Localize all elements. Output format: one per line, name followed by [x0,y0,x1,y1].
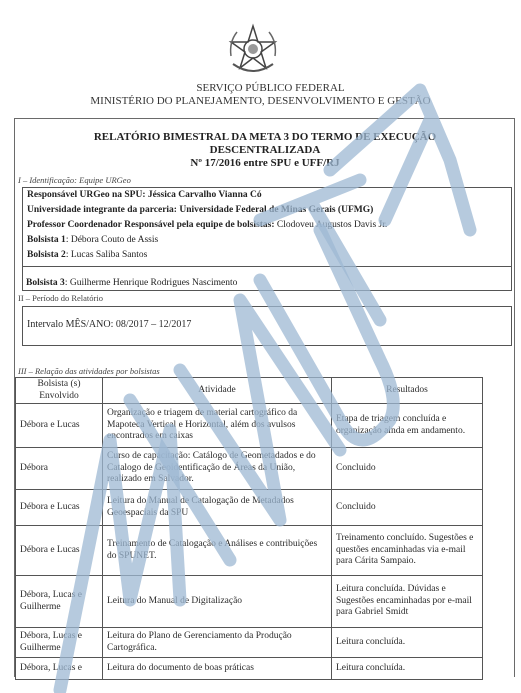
table-header-row: Bolsista (s) Envolvido Atividade Resulta… [16,378,483,404]
title-line-3: Nº 17/2016 entre SPU e UFF/RJ [20,157,510,170]
section-1-label: I – Identificação: Equipe URGeo [18,175,131,185]
table-row: Débora e Lucas Leitura do Manual de Cata… [16,490,483,526]
ident-line-bolsista-1: Bolsista 1: Débora Couto de Assis [27,235,158,245]
title-line-2: DESCENTRALIZADA [20,144,510,157]
col-header-bolsista: Bolsista (s) Envolvido [16,378,103,404]
ident-line-responsavel: Responsável URGeo na SPU: Jéssica Carval… [27,190,262,200]
activities-table: Bolsista (s) Envolvido Atividade Resulta… [15,377,483,680]
col-header-resultados: Resultados [332,378,483,404]
report-title: RELATÓRIO BIMESTRAL DA META 3 DO TERMO D… [20,131,510,170]
table-row: Débora e Lucas Treinamento de Catalogaçã… [16,526,483,576]
ident-line-bolsista-2: Bolsista 2: Lucas Saliba Santos [27,250,147,260]
period-box: Intervalo MÊS/ANO: 08/2017 – 12/2017 [22,306,512,346]
table-row: Débora Curso de capacitação: Catálogo de… [16,448,483,490]
header-line-2: MINISTÉRIO DO PLANEJAMENTO, DESENVOLVIME… [0,95,521,108]
identification-box-tail [22,265,512,291]
ident-line-universidade: Universidade integrante da parceria: Uni… [27,205,373,215]
table-row: Débora, Lucas e Leitura do documento de … [16,658,483,680]
period-interval: Intervalo MÊS/ANO: 08/2017 – 12/2017 [27,319,191,330]
col-header-atividade: Atividade [103,378,332,404]
document-header: SERVIÇO PÚBLICO FEDERAL MINISTÉRIO DO PL… [0,82,521,108]
title-line-1: RELATÓRIO BIMESTRAL DA META 3 DO TERMO D… [20,131,510,144]
table-row: Débora, Lucas e Guilherme Leitura do Man… [16,576,483,628]
coat-of-arms-icon [225,22,281,78]
table-row: Débora e Lucas Organização e triagem de … [16,404,483,448]
header-line-1: SERVIÇO PÚBLICO FEDERAL [0,82,521,95]
ident-line-professor: Professor Coordenador Responsável pela e… [27,220,387,230]
identification-box: Responsável URGeo na SPU: Jéssica Carval… [22,187,512,267]
section-3-label: III – Relação das atividades por bolsist… [18,366,160,376]
section-2-label: II – Período do Relatório [18,293,103,303]
table-row: Débora, Lucas e Guilherme Leitura do Pla… [16,628,483,658]
